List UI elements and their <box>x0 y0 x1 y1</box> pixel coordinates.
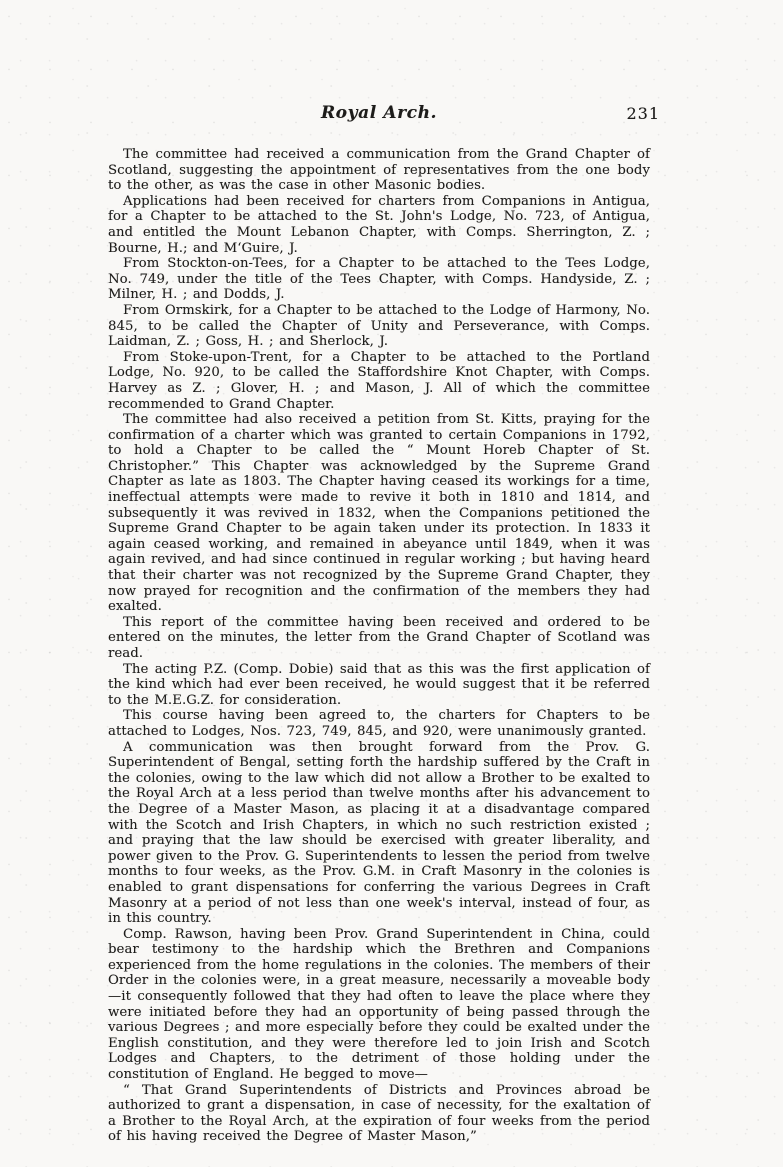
paragraph: The acting P.Z. (Comp. Dobie) said that … <box>108 662 650 709</box>
paragraph: The committee had also received a petiti… <box>108 412 650 615</box>
paragraph: “ That Grand Superintendents of District… <box>108 1083 650 1145</box>
body-text-block: The committee had received a communicati… <box>108 147 650 1145</box>
paragraph: Comp. Rawson, having been Prov. Grand Su… <box>108 927 650 1083</box>
scanned-document-page: Royal Arch. 231 The committee had receiv… <box>0 0 783 1167</box>
paragraph: Applications had been received for chart… <box>108 194 650 256</box>
paragraph: A communication was then brought forward… <box>108 740 650 927</box>
paragraph: The committee had received a communicati… <box>108 147 650 194</box>
page-header: Royal Arch. 231 <box>108 103 650 127</box>
page-number: 231 <box>626 104 660 123</box>
paragraph: From Stockton-on-Tees, for a Chapter to … <box>108 256 650 303</box>
paragraph: From Stoke-upon-Trent, for a Chapter to … <box>108 350 650 412</box>
paragraph: From Ormskirk, for a Chapter to be attac… <box>108 303 650 350</box>
paragraph: This report of the committee having been… <box>108 615 650 662</box>
paragraph: This course having been agreed to, the c… <box>108 708 650 739</box>
running-title: Royal Arch. <box>108 103 650 123</box>
